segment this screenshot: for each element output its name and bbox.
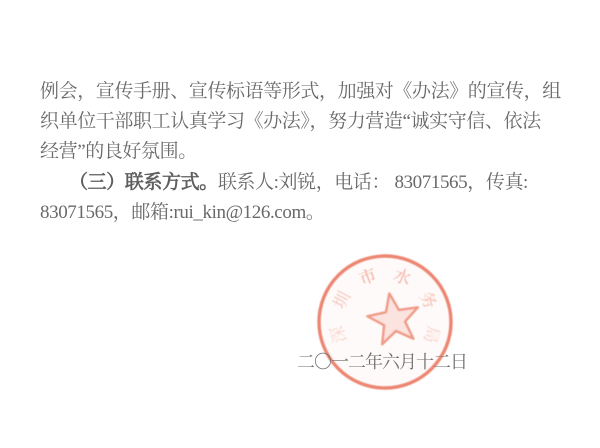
paragraph-line-2: 织单位干部职工认真学习《办法》，努力营造“诚实守信、依法 <box>40 110 575 134</box>
document-date: 二〇一二年六月十二日 <box>297 348 467 374</box>
paragraph-line-3: 经营”的良好氛围。 <box>40 140 575 164</box>
paragraph-line-1: 例会，宣传手册、宣传标语等形式，加强对《办法》的宣传，组 <box>40 80 575 104</box>
contact-details: 联系人:刘锐，电话： 83071565，传真: <box>218 172 528 193</box>
contact-line: （三）联系方式。联系人:刘锐，电话： 83071565，传真: <box>69 171 600 195</box>
contact-line-2: 83071565，邮箱:rui_kin@126.com。 <box>40 201 575 225</box>
scanned-document-page: 例会，宣传手册、宣传标语等形式，加强对《办法》的宣传，组 织单位干部职工认真学习… <box>0 0 600 448</box>
contact-heading: （三）联系方式。 <box>69 172 218 193</box>
